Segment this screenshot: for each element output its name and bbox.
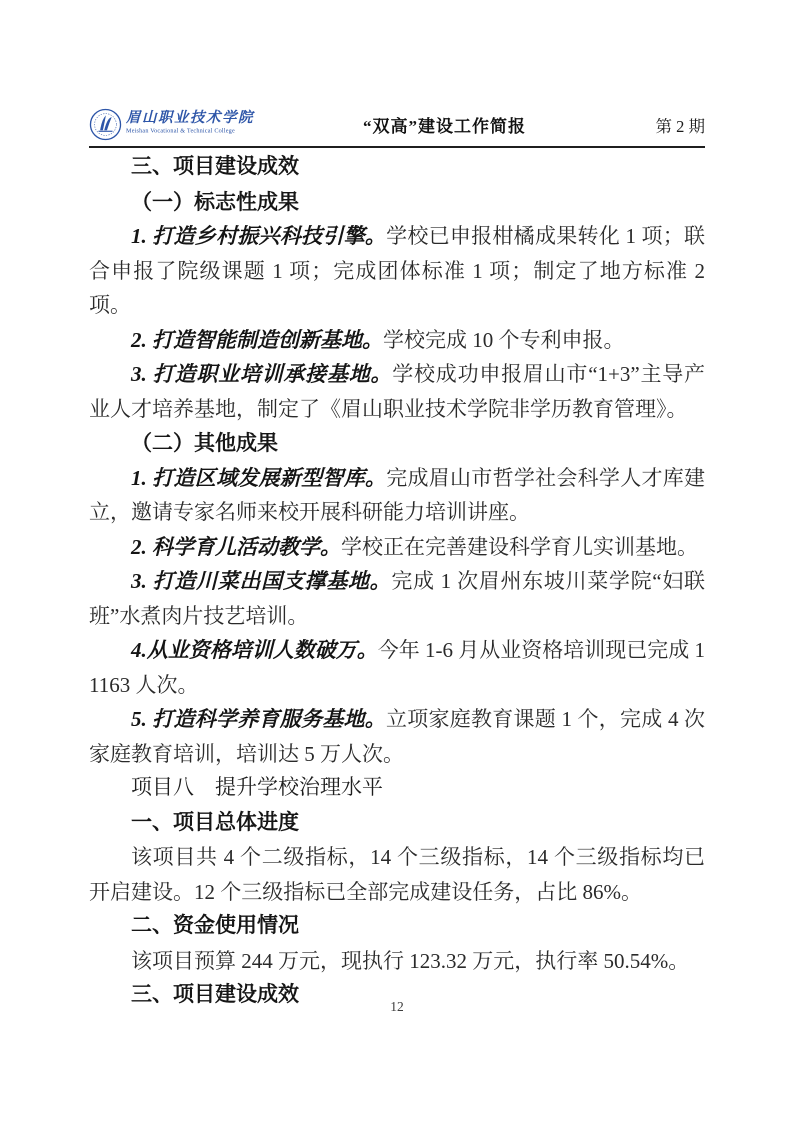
paragraph-scientific-nurturing-base: 5. 打造科学养育服务基地。立项家庭教育课题 1 个，完成 4 次家庭教育培训，… (89, 702, 705, 771)
document-header: 眉山职业技术学院 Meishan Vocational & Technical … (89, 103, 705, 148)
paragraph-smart-manufacturing: 2. 打造智能制造创新基地。学校完成 10 个专利申报。 (89, 323, 705, 358)
heading-section3-achievements: 三、项目建设成效 (89, 150, 705, 185)
paragraph-lead: 1. 打造乡村振兴科技引擎。 (131, 224, 386, 248)
document-body: 三、项目建设成效（一）标志性成果1. 打造乡村振兴科技引擎。学校已申报柑橘成果转… (89, 150, 705, 1013)
page-number: 12 (390, 999, 404, 1014)
bulletin-title: “双高”建设工作简报 (304, 112, 585, 137)
paragraph-lead: 4.从业资格培训人数破万。 (131, 638, 378, 662)
heading-fund-usage: 二、资金使用情况 (89, 909, 705, 944)
paragraph-lead: 3. 打造川菜出国支撑基地。 (131, 569, 391, 593)
paragraph-lead: 3. 打造职业培训承接基地。 (131, 362, 392, 386)
heading-other-results: （二）其他成果 (89, 426, 705, 461)
issue-number: 第 2 期 (585, 113, 705, 137)
paragraph-fund-usage: 该项目预算 244 万元，现执行 123.32 万元，执行率 50.54%。 (89, 944, 705, 979)
heading-landmark-results: （一）标志性成果 (89, 185, 705, 220)
paragraph-rural-revitalization: 1. 打造乡村振兴科技引擎。学校已申报柑橘成果转化 1 项；联合申报了院级课题 … (89, 219, 705, 323)
heading-project-eight: 项目八 提升学校治理水平 (89, 771, 705, 806)
school-logo-icon (89, 108, 122, 141)
paragraph-lead: 2. 打造智能制造创新基地。 (131, 328, 383, 352)
school-name-block: 眉山职业技术学院 Meishan Vocational & Technical … (126, 111, 302, 138)
page-container: 眉山职业技术学院 Meishan Vocational & Technical … (0, 0, 794, 1123)
paragraph-regional-think-tank: 1. 打造区域发展新型智库。完成眉山市哲学社会科学人才库建立，邀请专家名师来校开… (89, 461, 705, 530)
school-name: 眉山职业技术学院 (126, 111, 302, 126)
paragraph-lead: 5. 打造科学养育服务基地。 (131, 707, 386, 731)
school-name-en: Meishan Vocational & Technical College (126, 128, 235, 134)
paragraph-lead: 2. 科学育儿活动教学。 (131, 535, 341, 559)
paragraph-overall-progress: 该项目共 4 个二级指标，14 个三级指标，14 个三级指标均已开启建设。12 … (89, 840, 705, 909)
paragraph-qualification-training: 4.从业资格培训人数破万。今年 1-6 月从业资格培训现已完成 11163 人次… (89, 633, 705, 702)
school-brand: 眉山职业技术学院 Meishan Vocational & Technical … (89, 108, 304, 141)
paragraph-vocational-training-base: 3. 打造职业培训承接基地。学校成功申报眉山市“1+3”主导产业人才培养基地，制… (89, 357, 705, 426)
paragraph-lead: 1. 打造区域发展新型智库。 (131, 466, 386, 490)
paragraph-sichuan-cuisine-base: 3. 打造川菜出国支撑基地。完成 1 次眉州东坡川菜学院“妇联班”水煮肉片技艺培… (89, 564, 705, 633)
page-footer: 12 (0, 999, 794, 1015)
heading-overall-progress: 一、项目总体进度 (89, 806, 705, 841)
paragraph-scientific-parenting-teaching: 2. 科学育儿活动教学。学校正在完善建设科学育儿实训基地。 (89, 530, 705, 565)
